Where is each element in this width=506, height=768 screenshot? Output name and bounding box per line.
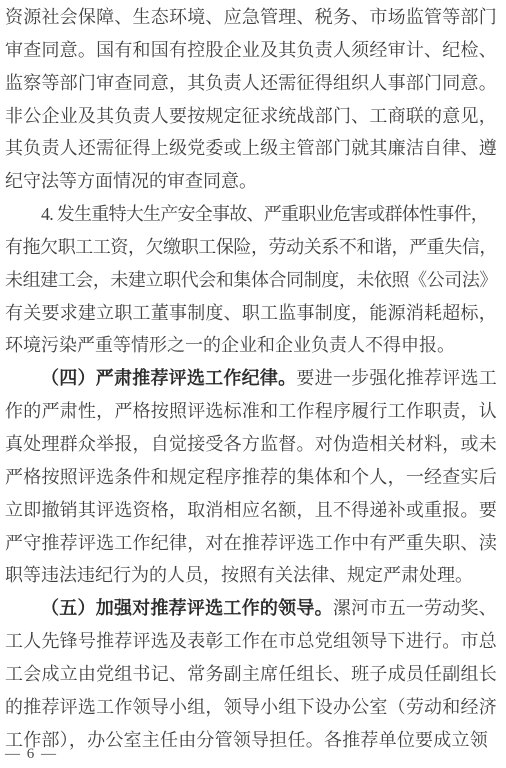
text-line: 职等违法违纪行为的人员，按照有关法律、规定严肃处理。: [5, 559, 502, 592]
heading-bold-text: （五）加强对推荐评选工作的领导。: [41, 598, 333, 618]
line-text: 非公企业及其负责人要按规定征求统战部门、工商联的意见，: [5, 106, 497, 126]
line-text: 工会成立由党组书记、常务副主席任组长、班子成员任副组长: [5, 664, 497, 684]
text-line: 其负责人还需征得上级党委或上级主管部门就其廉洁自律、遵: [5, 132, 502, 165]
text-line: （五）加强对推荐评选工作的领导。漯河市五一劳动奖、: [5, 592, 502, 625]
text-line: 纪守法等方面情况的审查同意。: [5, 165, 502, 198]
line-text: 漯河市五一劳动奖、: [333, 598, 497, 618]
text-line: 工作部），办公室主任由分管领导担任。各推荐单位要成立领: [5, 724, 502, 757]
line-text: 未组建工会，未建立职代会和集体合同制度，未依照《公司法》: [5, 270, 497, 290]
line-text: 严格按照评选条件和规定程序推荐的集体和个人，一经查实后: [5, 467, 497, 487]
text-line: 工人先锋号推荐评选及表彰工作在市总党组领导下进行。市总: [5, 625, 502, 658]
line-text: 真处理群众举报，自觉接受各方监督。对伪造相关材料，或未: [5, 434, 497, 454]
line-text: 资源社会保障、生态环境、应急管理、税务、市场监管等部门: [5, 7, 497, 27]
text-line: 工会成立由党组书记、常务副主席任组长、班子成员任副组长: [5, 658, 502, 691]
text-line: 作的严肃性，严格按照评选标准和工作程序履行工作职责，认: [5, 395, 502, 428]
line-text: 严守推荐评选工作纪律，对在推荐评选工作中有严重失职、渎: [5, 533, 497, 553]
line-text: 其负责人还需征得上级党委或上级主管部门就其廉洁自律、遵: [5, 138, 497, 158]
text-line: （四）严肃推荐评选工作纪律。要进一步强化推荐评选工: [5, 362, 502, 395]
text-line: 未组建工会，未建立职代会和集体合同制度，未依照《公司法》: [5, 264, 502, 297]
text-line: 监察等部门审查同意，其负责人还需征得组织人事部门同意。: [5, 67, 502, 100]
document-body: 资源社会保障、生态环境、应急管理、税务、市场监管等部门审查同意。国有和国有控股企…: [5, 1, 502, 756]
text-line: 严守推荐评选工作纪律，对在推荐评选工作中有严重失职、渎: [5, 527, 502, 560]
line-text: 有拖欠职工工资，欠缴职工保险，劳动关系不和谐，严重失信，: [5, 237, 497, 257]
line-text: 工人先锋号推荐评选及表彰工作在市总党组领导下进行。市总: [5, 631, 497, 651]
text-line: 资源社会保障、生态环境、应急管理、税务、市场监管等部门: [5, 1, 502, 34]
line-text: 要进一步强化推荐评选工: [296, 368, 497, 388]
line-text: 监察等部门审查同意，其负责人还需征得组织人事部门同意。: [5, 73, 497, 93]
page-number: — 6 —: [5, 744, 58, 764]
line-text: 4. 发生重特大生产安全事故、严重职业危害或群体性事件，: [41, 204, 488, 224]
line-text: 审查同意。国有和国有控股企业及其负责人须经审计、纪检、: [5, 40, 497, 60]
line-text: 有关要求建立职工董事制度、职工监事制度，能源消耗超标，: [5, 303, 497, 323]
text-line: 有拖欠职工工资，欠缴职工保险，劳动关系不和谐，严重失信，: [5, 231, 502, 264]
text-line: 环境污染严重等情形之一的企业和企业负责人不得申报。: [5, 329, 502, 362]
line-text: 立即撤销其评选资格，取消相应名额，且不得递补或重报。要: [5, 500, 497, 520]
line-text: 工作部），办公室主任由分管领导担任。各推荐单位要成立领: [5, 730, 488, 750]
text-line: 有关要求建立职工董事制度、职工监事制度，能源消耗超标，: [5, 297, 502, 330]
heading-bold-text: （四）严肃推荐评选工作纪律。: [41, 368, 296, 388]
document-page: 资源社会保障、生态环境、应急管理、税务、市场监管等部门审查同意。国有和国有控股企…: [5, 1, 502, 756]
text-line: 的推荐评选工作领导小组，领导小组下设办公室（劳动和经济: [5, 691, 502, 724]
line-text: 纪守法等方面情况的审查同意。: [5, 171, 257, 191]
line-text: 的推荐评选工作领导小组，领导小组下设办公室（劳动和经济: [5, 697, 497, 717]
text-line: 立即撤销其评选资格，取消相应名额，且不得递补或重报。要: [5, 494, 502, 527]
text-line: 非公企业及其负责人要按规定征求统战部门、工商联的意见，: [5, 100, 502, 133]
text-line: 审查同意。国有和国有控股企业及其负责人须经审计、纪检、: [5, 34, 502, 67]
line-text: 环境污染严重等情形之一的企业和企业负责人不得申报。: [5, 335, 455, 355]
text-line: 4. 发生重特大生产安全事故、严重职业危害或群体性事件，: [5, 198, 502, 231]
text-line: 真处理群众举报，自觉接受各方监督。对伪造相关材料，或未: [5, 428, 502, 461]
text-line: 严格按照评选条件和规定程序推荐的集体和个人，一经查实后: [5, 461, 502, 494]
line-text: 作的严肃性，严格按照评选标准和工作程序履行工作职责，认: [5, 401, 497, 421]
line-text: 职等违法违纪行为的人员，按照有关法律、规定严肃处理。: [5, 565, 473, 585]
